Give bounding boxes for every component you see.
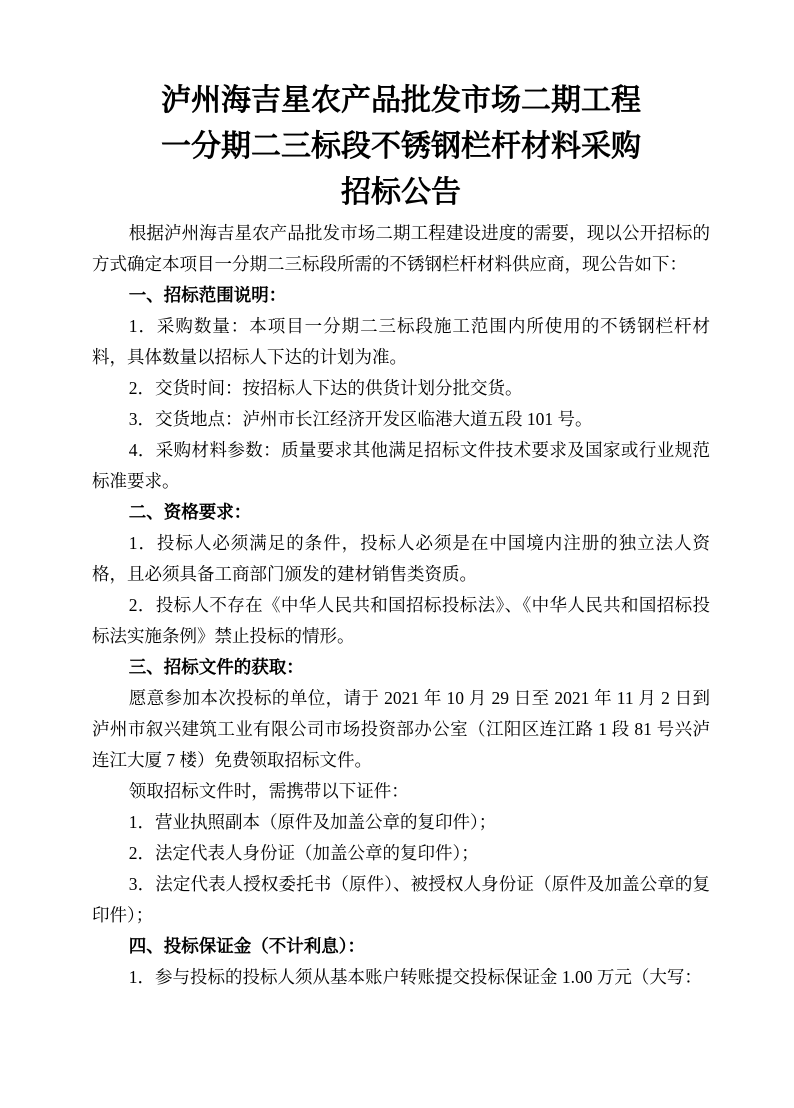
section-2-heading: 二、资格要求： <box>92 497 710 528</box>
section-1-heading: 一、招标范围说明： <box>92 280 710 311</box>
section-4-item-1: 1．参与投标的投标人须从基本账户转账提交投标保证金 1.00 万元（大写： <box>92 962 710 993</box>
section-3-item-1: 1．营业执照副本（原件及加盖公章的复印件）； <box>92 807 710 838</box>
section-1-item-2: 2．交货时间：按招标人下达的供货计划分批交货。 <box>92 373 710 404</box>
title-line-3: 招标公告 <box>92 170 710 216</box>
section-1-item-4: 4．采购材料参数：质量要求其他满足招标文件技术要求及国家或行业规范标准要求。 <box>92 435 710 497</box>
document-page: 泸州海吉星农产品批发市场二期工程 一分期二三标段不锈钢栏杆材料采购 招标公告 根… <box>0 0 794 1108</box>
section-3-item-2: 2．法定代表人身份证（加盖公章的复印件）； <box>92 838 710 869</box>
section-4-heading: 四、投标保证金（不计利息）： <box>92 931 710 962</box>
intro-paragraph: 根据泸州海吉星农产品批发市场二期工程建设进度的需要，现以公开招标的方式确定本项目… <box>92 218 710 280</box>
section-2-item-2: 2．投标人不存在《中华人民共和国招标投标法》、《中华人民共和国招标投标法实施条例… <box>92 590 710 652</box>
section-2-item-1: 1．投标人必须满足的条件，投标人必须是在中国境内注册的独立法人资格，且必须具备工… <box>92 528 710 590</box>
section-3-paragraph-2: 领取招标文件时，需携带以下证件： <box>92 776 710 807</box>
title-line-1: 泸州海吉星农产品批发市场二期工程 <box>92 78 710 124</box>
section-1-item-3: 3．交货地点：泸州市长江经济开发区临港大道五段 101 号。 <box>92 404 710 435</box>
section-3-heading: 三、招标文件的获取： <box>92 652 710 683</box>
section-3-paragraph-1: 愿意参加本次投标的单位，请于 2021 年 10 月 29 日至 2021 年 … <box>92 683 710 776</box>
document-title: 泸州海吉星农产品批发市场二期工程 一分期二三标段不锈钢栏杆材料采购 招标公告 <box>92 78 710 216</box>
section-1-item-1: 1．采购数量：本项目一分期二三标段施工范围内所使用的不锈钢栏杆材料，具体数量以招… <box>92 311 710 373</box>
section-3-item-3: 3．法定代表人授权委托书（原件）、被授权人身份证（原件及加盖公章的复印件）； <box>92 869 710 931</box>
title-line-2: 一分期二三标段不锈钢栏杆材料采购 <box>92 124 710 170</box>
